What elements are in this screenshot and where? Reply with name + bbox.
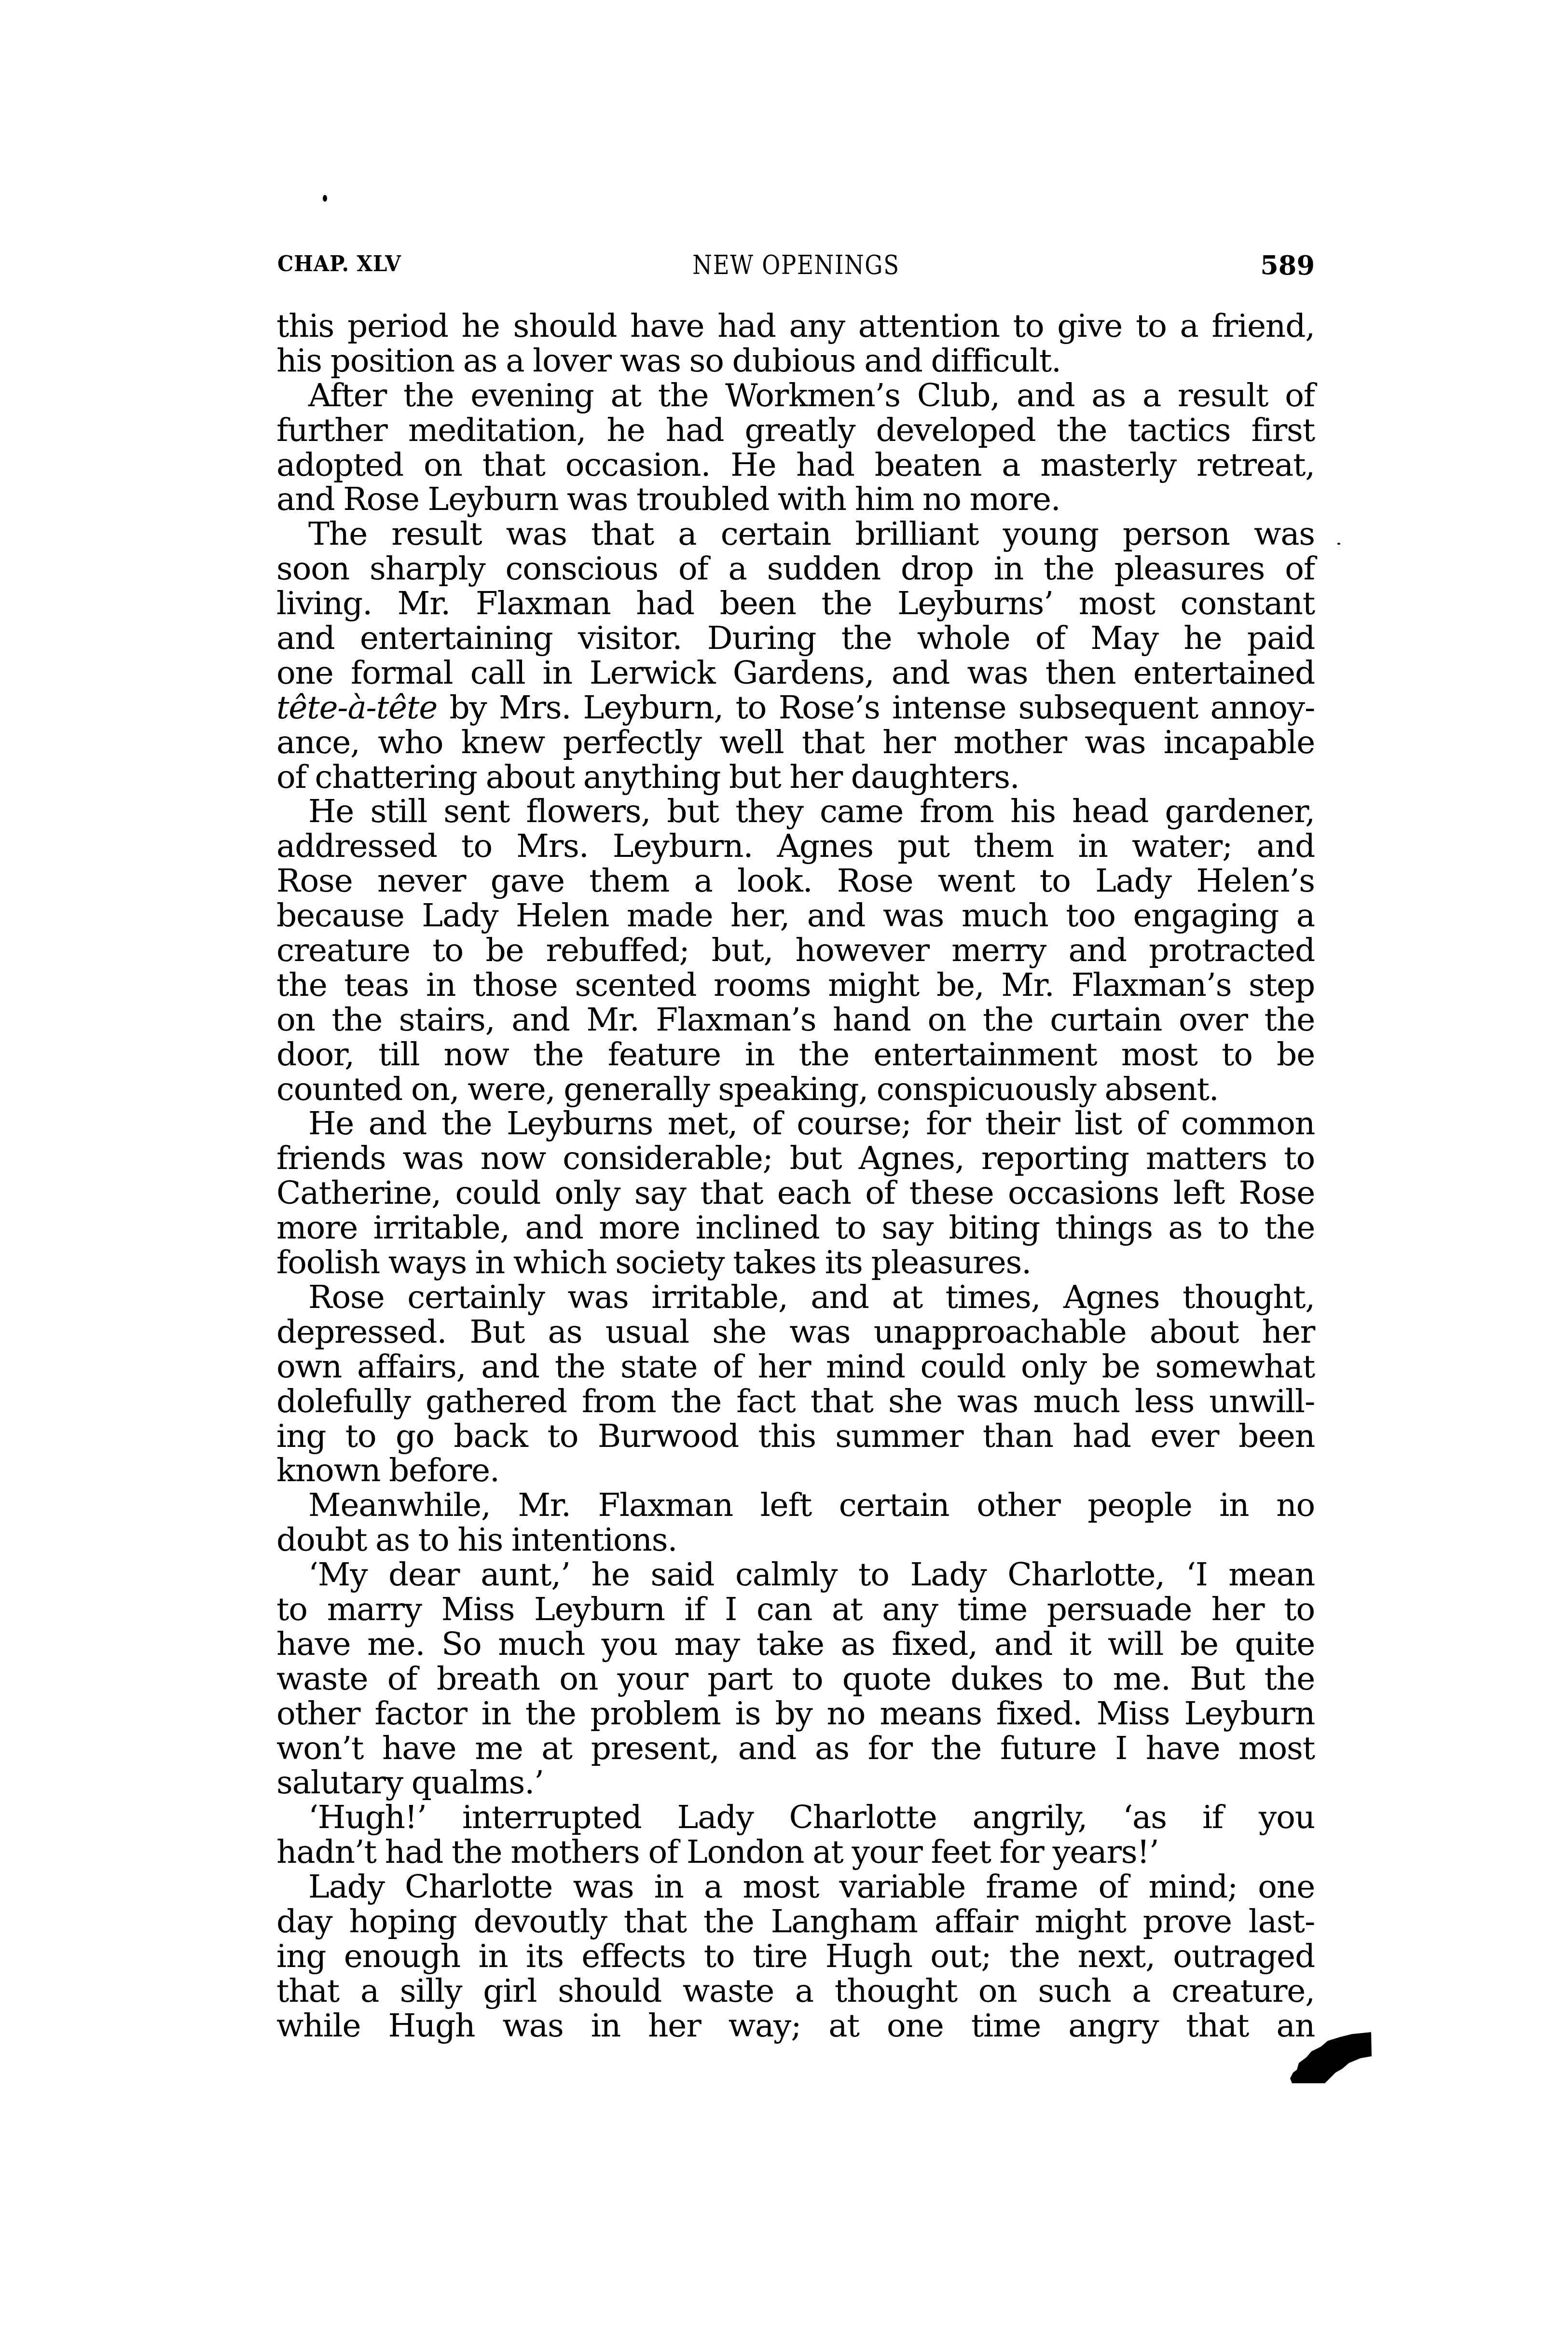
text-line: and entertaining visitor. During the who… [276,621,1315,656]
text-line: on the stairs, and Mr. Flaxman’s hand on… [276,1003,1315,1037]
text-line: tête-à-tête by Mrs. Leyburn, to Rose’s i… [276,690,1315,725]
text-line: of chattering about anything but her dau… [276,760,1315,795]
text-line: adopted on that occasion. He had beaten … [276,448,1315,482]
text-line: He still sent flowers, but they came fro… [276,794,1315,829]
text-line: because Lady Helen made her, and was muc… [276,898,1315,933]
text-line: foolish ways in which society takes its … [276,1245,1315,1280]
text-line: that a silly girl should waste a thought… [276,1974,1315,2008]
text-line: and Rose Leyburn was troubled with him n… [276,482,1315,517]
ink-speck-top [323,195,327,202]
text-line: friends was now considerable; but Agnes,… [276,1141,1315,1176]
text-line: Rose never gave them a look. Rose went t… [276,864,1315,898]
text-line: ing enough in its effects to tire Hugh o… [276,1939,1315,1974]
text-line: doubt as to his intentions. [276,1523,1315,1557]
text-line: to marry Miss Leyburn if I can at any ti… [276,1592,1315,1627]
text-line: living. Mr. Flaxman had been the Leyburn… [276,586,1315,621]
text-line: ance, who knew perfectly well that her m… [276,725,1315,760]
paragraph: ‘My dear aunt,’ he said calmly to Lady C… [276,1557,1315,1800]
paragraph: this period he should have had any atten… [276,309,1315,378]
ink-blot-mark [1288,2026,1375,2087]
text-line: Meanwhile, Mr. Flaxman left certain othe… [276,1488,1315,1523]
text-line: Lady Charlotte was in a most variable fr… [276,1870,1315,1904]
text-line: ‘Hugh!’ interrupted Lady Charlotte angri… [276,1800,1315,1835]
paragraph: After the evening at the Workmen’s Club,… [276,378,1315,517]
text-line: waste of breath on your part to quote du… [276,1662,1315,1696]
text-line: his position as a lover was so dubious a… [276,344,1315,378]
paragraph: Rose certainly was irritable, and at tim… [276,1280,1315,1488]
text-line: soon sharply conscious of a sudden drop … [276,551,1315,586]
body-text: this period he should have had any atten… [276,309,1315,2043]
text-line: own affairs, and the state of her mind c… [276,1349,1315,1384]
text-line: day hoping devoutly that the Langham aff… [276,1904,1315,1939]
text-line: more irritable, and more inclined to say… [276,1210,1315,1245]
text-line: He and the Leyburns met, of course; for … [276,1106,1315,1141]
text-line: while Hugh was in her way; at one time a… [276,2008,1315,2043]
text-line: further meditation, he had greatly devel… [276,413,1315,448]
text-line: salutary qualms.’ [276,1765,1315,1800]
text-line: other factor in the problem is by no mea… [276,1696,1315,1731]
paragraph: ‘Hugh!’ interrupted Lady Charlotte angri… [276,1800,1315,1870]
text-line: known before. [276,1453,1315,1488]
text-line: won’t have me at present, and as for the… [276,1731,1315,1766]
text-line: have me. So much you may take as fixed, … [276,1627,1315,1662]
text-line: one formal call in Lerwick Gardens, and … [276,656,1315,690]
paragraph: He still sent flowers, but they came fro… [276,794,1315,1106]
chapter-title: NEW OPENINGS [350,250,1242,280]
text-line: this period he should have had any atten… [276,309,1315,344]
text-line: door, till now the feature in the entert… [276,1037,1315,1072]
text-line: hadn’t had the mothers of London at your… [276,1835,1315,1870]
text-line: ‘My dear aunt,’ he said calmly to Lady C… [276,1557,1315,1592]
running-head: CHAP. XLV NEW OPENINGS 589 [277,250,1315,279]
paragraph: The result was that a certain brilliant … [276,517,1315,794]
paragraph: He and the Leyburns met, of course; for … [276,1106,1315,1279]
ink-speck-margin [1337,543,1340,545]
text-line: the teas in those scented rooms might be… [276,968,1315,1003]
text-line: ing to go back to Burwood this summer th… [276,1419,1315,1454]
text-line: After the evening at the Workmen’s Club,… [276,378,1315,413]
text-line: Rose certainly was irritable, and at tim… [276,1280,1315,1315]
text-line: creature to be rebuffed; but, however me… [276,933,1315,968]
text-line: Catherine, could only say that each of t… [276,1176,1315,1210]
page-number: 589 [1260,250,1315,281]
paragraph: Lady Charlotte was in a most variable fr… [276,1870,1315,2043]
paragraph: Meanwhile, Mr. Flaxman left certain othe… [276,1488,1315,1557]
text-line: The result was that a certain brilliant … [276,517,1315,551]
text-line: dolefully gathered from the fact that sh… [276,1384,1315,1419]
text-line: depressed. But as usual she was unapproa… [276,1315,1315,1349]
text-line: addressed to Mrs. Leyburn. Agnes put the… [276,829,1315,864]
text-line: counted on, were, generally speaking, co… [276,1072,1315,1107]
book-page: CHAP. XLV NEW OPENINGS 589 this period h… [0,0,1568,2352]
